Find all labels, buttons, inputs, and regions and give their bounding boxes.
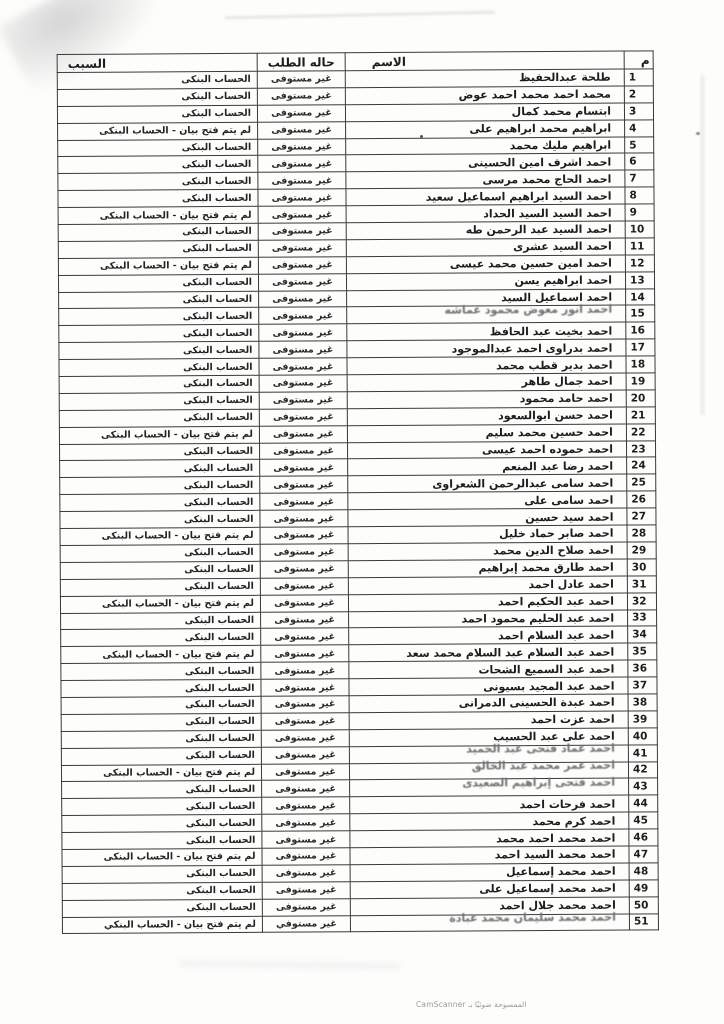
row-number-cell: 35 <box>628 643 657 660</box>
row-number-cell: 34 <box>628 626 657 643</box>
reason-cell: الحساب البنكى <box>58 139 258 157</box>
status-cell: غير مستوفى <box>261 763 349 780</box>
scan-speck <box>696 132 700 135</box>
row-number-cell: 46 <box>629 829 658 846</box>
name-cell: احمد بخيت عبد الحافظ <box>347 322 626 341</box>
name-cell: احمد عماد فتحى عبد الحميد <box>349 740 628 759</box>
status-cell: غير مستوفى <box>259 375 347 392</box>
reason-cell: لم يتم فتح بيان - الحساب البنكى <box>58 257 258 275</box>
name-cell: احمد عزت احمد <box>349 711 628 730</box>
name-cell: احمد انور معوض محمود عماشه <box>347 301 626 320</box>
name-cell: احمد عبد الحكيم احمد <box>348 593 627 612</box>
status-cell: غير مستوفى <box>257 105 345 122</box>
name-cell: ابراهيم مليك محمد <box>346 137 625 156</box>
reason-cell: الحساب البنكى <box>61 662 261 680</box>
row-number-cell: 17 <box>626 339 655 356</box>
status-cell: غير مستوفى <box>262 814 350 831</box>
status-cell: غير مستوفى <box>261 679 349 696</box>
name-cell: احمد حموده احمد عيسى <box>347 441 626 460</box>
row-number-cell: 16 <box>626 322 655 339</box>
reason-cell: الحساب البنكى <box>62 831 262 849</box>
status-cell: غير مستوفى <box>262 848 350 865</box>
reason-cell: لم يتم فتح بيان - الحساب البنكى <box>58 122 258 140</box>
reason-cell: لم يتم فتح بيان - الحساب البنكى <box>59 426 259 444</box>
row-number-cell: 18 <box>626 356 655 373</box>
status-cell: غير مستوفى <box>258 257 346 274</box>
header-name: الاسم <box>345 51 624 71</box>
name-cell: ابراهيم محمد ابراهيم على <box>346 120 625 139</box>
reason-cell: الحساب البنكى <box>62 798 262 816</box>
status-cell: غير مستوفى <box>258 206 346 223</box>
applicants-table: م الاسم حاله الطلب السبب 1 طلحة عبدالحفي… <box>57 50 659 934</box>
row-number-cell: 5 <box>625 136 654 153</box>
name-cell: احمد عبدة الحسينى الدمرانى <box>349 694 628 713</box>
header-reason: السبب <box>57 53 257 72</box>
row-number-cell: 11 <box>625 238 654 255</box>
row-number-cell: 32 <box>627 592 656 609</box>
reason-cell: الحساب البنكى <box>59 375 259 393</box>
reason-cell: الحساب البنكى <box>62 814 262 832</box>
status-cell: غير مستوفى <box>258 240 346 257</box>
row-number-cell: 4 <box>625 120 654 137</box>
name-cell: احمد حامد محمود <box>347 390 626 409</box>
status-cell: غير مستوفى <box>257 71 345 88</box>
name-cell: احمد سيد حسين <box>348 508 627 527</box>
row-number-cell: 30 <box>627 559 656 576</box>
row-number-cell: 19 <box>626 373 655 390</box>
reason-cell: الحساب البنكى <box>62 882 262 900</box>
row-number-cell: 2 <box>624 86 653 103</box>
table-row: 51 احمد محمد سليمان محمد عبادة غير مستوف… <box>62 913 658 934</box>
status-cell: غير مستوفى <box>259 409 347 426</box>
row-number-cell: 29 <box>627 542 656 559</box>
name-cell: احمد السيد عشرى <box>346 238 625 257</box>
name-cell: محمد احمد محمد احمد عوض <box>345 86 624 105</box>
scan-smudge-bottom <box>180 960 400 969</box>
name-cell: احمد عمر محمد عبد الخالق <box>349 757 628 776</box>
row-number-cell: 40 <box>628 728 657 745</box>
name-cell: احمد امين حسين محمد عيسى <box>346 255 625 274</box>
reason-cell: لم يتم فتح بيان - الحساب البنكى <box>60 527 260 545</box>
reason-cell: الحساب البنكى <box>61 612 261 630</box>
status-cell: غير مستوفى <box>261 645 349 662</box>
name-cell: احمد اشرف امين الحسينى <box>346 154 625 173</box>
reason-cell: الحساب البنكى <box>60 477 260 495</box>
status-cell: غير مستوفى <box>258 172 346 189</box>
name-cell: طلحة عبدالحفيظ <box>345 69 624 88</box>
reason-cell: الحساب البنكى <box>60 510 260 528</box>
name-cell: احمد عبد السميع الشحات <box>349 660 628 679</box>
reason-cell: الحساب البنكى <box>59 409 259 427</box>
reason-cell: الحساب البنكى <box>58 274 258 292</box>
status-cell: غير مستوفى <box>258 121 346 138</box>
reason-cell: الحساب البنكى <box>59 358 259 376</box>
row-number-cell: 37 <box>628 677 657 694</box>
reason-cell: الحساب البنكى <box>62 899 262 917</box>
row-number-cell: 14 <box>626 288 655 305</box>
status-cell: غير مستوفى <box>262 797 350 814</box>
name-cell: احمد رضا عبد المنعم <box>348 458 627 477</box>
reason-cell: الحساب البنكى <box>62 865 262 883</box>
status-cell: غير مستوفى <box>261 713 349 730</box>
reason-cell: الحساب البنكى <box>57 88 257 106</box>
row-number-cell: 38 <box>628 694 657 711</box>
status-cell: غير مستوفى <box>259 341 347 358</box>
reason-cell: لم يتم فتح بيان - الحساب البنكي <box>62 916 262 934</box>
row-number-cell: 26 <box>627 491 656 508</box>
name-cell: احمد محمد إسماعيل على <box>350 880 629 899</box>
status-cell: غير مستوفى <box>258 155 346 172</box>
row-number-cell: 36 <box>628 660 657 677</box>
status-cell: غير مستوفى <box>262 831 350 848</box>
name-cell: احمد بدراوى احمد عبدالموجود <box>347 339 626 358</box>
row-number-cell: 6 <box>625 153 654 170</box>
status-cell: غير مستوفى <box>260 459 348 476</box>
reason-cell: الحساب البنكى <box>59 308 259 326</box>
name-cell: احمد طارق محمد إبراهيم <box>348 559 627 578</box>
reason-cell: لم يتم فتح بيان - الحساب البنكى <box>60 595 260 613</box>
reason-cell: الحساب البنكى <box>57 105 257 123</box>
row-number-cell: 41 <box>628 744 657 761</box>
reason-cell: الحساب البنكى <box>59 325 259 343</box>
name-cell: احمد عبد المجيد بسيونى <box>349 677 628 696</box>
row-number-cell: 15 <box>626 305 655 322</box>
reason-cell: الحساب البنكى <box>61 696 261 714</box>
status-cell: غير مستوفى <box>261 696 349 713</box>
row-number-cell: 8 <box>625 187 654 204</box>
name-cell: احمد عبد الحليم محمود احمد <box>349 610 628 629</box>
status-cell: غير مستوفى <box>261 746 349 763</box>
reason-cell: الحساب البنكى <box>58 173 258 191</box>
name-cell: احمد محمد إسماعيل <box>350 863 629 882</box>
name-cell: احمد ابراهيم يسن <box>346 272 625 291</box>
row-number-cell: 9 <box>625 204 654 221</box>
row-number-cell: 51 <box>629 913 658 930</box>
header-number: م <box>624 51 653 69</box>
row-number-cell: 22 <box>626 424 655 441</box>
reason-cell: لم يتم فتح بيان - الحساب البنكى <box>61 764 261 782</box>
reason-cell: الحساب البنكى <box>62 781 262 799</box>
row-number-cell: 10 <box>625 221 654 238</box>
row-number-cell: 42 <box>628 761 657 778</box>
status-cell: غير مستوفى <box>258 138 346 155</box>
status-cell: غير مستوفى <box>260 442 348 459</box>
name-cell: احمد محمد السيد احمد <box>350 846 629 865</box>
row-number-cell: 31 <box>627 576 656 593</box>
status-cell: غير مستوفى <box>260 493 348 510</box>
applicants-table-container: م الاسم حاله الطلب السبب 1 طلحة عبدالحفي… <box>57 50 659 934</box>
row-number-cell: 21 <box>626 407 655 424</box>
row-number-cell: 20 <box>626 390 655 407</box>
row-number-cell: 47 <box>629 846 658 863</box>
status-cell: غير مستوفي <box>262 915 350 932</box>
reason-cell: الحساب البنكى <box>60 544 260 562</box>
row-number-cell: 12 <box>625 255 654 272</box>
status-cell: غير مستوفى <box>261 628 349 645</box>
status-cell: غير مستوفى <box>259 324 347 341</box>
name-cell: احمد محمد سليمان محمد عبادة <box>350 909 629 928</box>
reason-cell: الحساب البنكى <box>59 392 259 410</box>
row-number-cell: 39 <box>628 711 657 728</box>
status-cell: غير مستوفى <box>260 577 348 594</box>
row-number-cell: 49 <box>629 880 658 897</box>
status-cell: غير مستوفى <box>257 88 345 105</box>
scan-edge-right <box>701 75 704 415</box>
row-number-cell: 45 <box>629 812 658 829</box>
row-number-cell: 23 <box>626 440 655 457</box>
scan-smudge-top <box>225 11 495 19</box>
reason-cell: الحساب البنكى <box>61 679 261 697</box>
reason-cell: الحساب البنكى <box>61 747 261 765</box>
row-number-cell: 27 <box>627 508 656 525</box>
table-body: 1 طلحة عبدالحفيظ غير مستوفى الحساب البنك… <box>57 69 658 934</box>
name-cell: احمد محمد احمد محمد <box>350 829 629 848</box>
reason-cell: الحساب البنكى <box>60 460 260 478</box>
name-cell: احمد عبد السلام عبد السلام محمد سعد <box>349 643 628 662</box>
row-number-cell: 1 <box>624 69 653 86</box>
row-number-cell: 43 <box>629 778 658 795</box>
row-number-cell: 13 <box>625 272 654 289</box>
status-cell: غير مستوفى <box>262 780 350 797</box>
status-cell: غير مستوفى <box>260 594 348 611</box>
row-number-cell: 28 <box>627 525 656 542</box>
name-cell: احمد عبد السلام احمد <box>349 626 628 645</box>
status-cell: غير مستوفى <box>258 223 346 240</box>
name-cell: احمد فتحى إبراهيم الصعيدى <box>350 773 629 792</box>
status-cell: غير مستوفى <box>262 881 350 898</box>
name-cell: احمد حسن ابوالسعود <box>347 407 626 426</box>
status-cell: غير مستوفى <box>260 561 348 578</box>
reason-cell: الحساب البنكى <box>59 342 259 360</box>
reason-cell: الحساب البنكى <box>58 156 258 174</box>
status-cell: غير مستوفى <box>259 358 347 375</box>
name-cell: ابتسام محمد كمال <box>345 103 624 122</box>
status-cell: غير مستوفى <box>259 425 347 442</box>
name-cell: احمد السيد السيد الحداد <box>346 204 625 223</box>
status-cell: غير مستوفى <box>259 307 347 324</box>
status-cell: غير مستوفى <box>260 544 348 561</box>
camscanner-watermark: الممسوحة ضوئيًا بـ CamScanner <box>416 1000 716 1009</box>
status-cell: غير مستوفى <box>262 865 350 882</box>
reason-cell: الحساب البنكى <box>60 561 260 579</box>
status-cell: غير مستوفى <box>258 273 346 290</box>
name-cell: احمد السيد عبد الرحمن طه <box>346 221 625 240</box>
status-cell: غير مستوفى <box>259 392 347 409</box>
name-cell: احمد فرحات احمد <box>350 795 629 814</box>
status-cell: غير مستوفى <box>258 189 346 206</box>
name-cell: احمد كرم محمد <box>350 812 629 831</box>
reason-cell: الحساب البنكى <box>58 190 258 208</box>
reason-cell: الحساب البنكى <box>58 223 258 241</box>
reason-cell: الحساب البنكى <box>60 578 260 596</box>
name-cell: احمد الحاج محمد مرسى <box>346 170 625 189</box>
status-cell: غير مستوفى <box>259 290 347 307</box>
name-cell: احمد سامى على <box>348 491 627 510</box>
row-number-cell: 50 <box>629 896 658 913</box>
reason-cell: الحساب البنكى <box>61 713 261 731</box>
name-cell: احمد سامى عبدالرحمن الشعراوى <box>348 474 627 493</box>
scanned-page: { "document": { "watermark": "الممسوحة ض… <box>0 0 724 1024</box>
name-cell: احمد السيد ابراهيم اسماعيل سعيد <box>346 187 625 206</box>
reason-cell: الحساب البنكى <box>61 629 261 647</box>
status-cell: غير مستوفى <box>260 510 348 527</box>
reason-cell: لم يتم فتح بيان - الحساب البنكى <box>61 646 261 664</box>
reason-cell: الحساب البنكى <box>61 730 261 748</box>
row-number-cell: 48 <box>629 863 658 880</box>
status-cell: غير مستوفى <box>262 898 350 915</box>
name-cell: احمد صلاح الدين محمد <box>348 542 627 561</box>
row-number-cell: 24 <box>627 457 656 474</box>
status-cell: غير مستوفى <box>261 662 349 679</box>
status-cell: غير مستوفى <box>261 611 349 628</box>
row-number-cell: 33 <box>628 609 657 626</box>
name-cell: احمد صابر حماد خليل <box>348 525 627 544</box>
reason-cell: الحساب البنكى <box>60 494 260 512</box>
row-number-cell: 7 <box>625 170 654 187</box>
row-number-cell: 44 <box>629 795 658 812</box>
status-cell: غير مستوفى <box>261 729 349 746</box>
name-cell: احمد عادل احمد <box>348 576 627 595</box>
status-cell: غير مستوفى <box>260 527 348 544</box>
row-number-cell: 25 <box>627 474 656 491</box>
row-number-cell: 3 <box>624 103 653 120</box>
reason-cell: الحساب البنكى <box>57 71 257 89</box>
name-cell: احمد جمال طاهر <box>347 373 626 392</box>
reason-cell: الحساب البنكى <box>59 291 259 309</box>
status-cell: غير مستوفى <box>260 476 348 493</box>
reason-cell: لم يتم فتح بيان - الحساب البنكى <box>62 848 262 866</box>
reason-cell: الحساب البنكى <box>60 443 260 461</box>
reason-cell: لم يتم فتح بيان - الحساب البنكى <box>58 206 258 224</box>
name-cell: احمد حسين محمد سليم <box>347 424 626 443</box>
reason-cell: الحساب البنكى <box>58 240 258 258</box>
name-cell: احمد بدير قطب محمد <box>347 356 626 375</box>
header-status: حاله الطلب <box>257 53 345 72</box>
